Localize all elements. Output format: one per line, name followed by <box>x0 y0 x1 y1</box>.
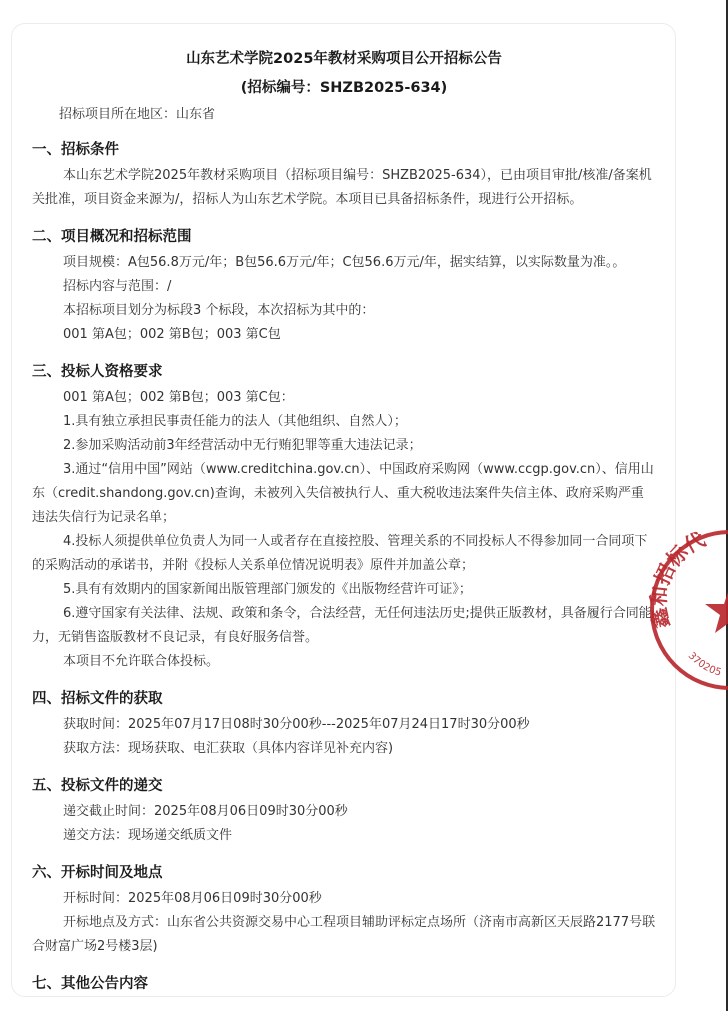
section-bidder-qualifications: 三、投标人资格要求 001 第A包；002 第B包；003 第C包： 1.具有独… <box>32 362 656 674</box>
section-paragraph: 本山东艺术学院2025年教材采购项目（招标项目编号：SHZB2025-634），… <box>32 164 656 212</box>
section-heading: 四、招标文件的获取 <box>32 689 656 709</box>
section-heading: 六、开标时间及地点 <box>32 863 656 883</box>
announcement-content: 山东艺术学院2025年教材采购项目公开招标公告 (招标编号：SHZB2025-6… <box>32 48 656 998</box>
project-scale-line: 项目规模：A包56.8万元/年；B包56.6万元/年；C包56.6万元/年，据实… <box>32 251 656 275</box>
seal-number-text: 370205 <box>686 650 723 678</box>
document-title: 山东艺术学院2025年教材采购项目公开招标公告 <box>32 49 656 69</box>
star-icon <box>705 586 728 633</box>
section-heading: 七、其他公告内容 <box>32 974 656 994</box>
obtain-method-line: 获取方法：现场获取、电汇获取（具体内容详见补充内容) <box>32 737 656 761</box>
section-other-content: 七、其他公告内容 <box>32 974 656 994</box>
document-subtitle: (招标编号：SHZB2025-634) <box>32 78 656 98</box>
section-heading: 三、投标人资格要求 <box>32 362 656 382</box>
opening-location-paragraph: 开标地点及方式：山东省公共资源交易中心工程项目辅助评标定点场所（济南市高新区天辰… <box>32 911 656 959</box>
section-heading: 二、项目概况和招标范围 <box>32 227 656 247</box>
obtain-time-line: 获取时间：2025年07月17日08时30分00秒---2025年07月24日1… <box>32 713 656 737</box>
lots-intro-line: 本招标项目划分为标段3 个标段，本次招标为其中的： <box>32 299 656 323</box>
qualification-item-6: 6.遵守国家有关法律、法规、政策和条令，合法经营，无任何违法历史;提供正版教材，… <box>32 602 656 650</box>
section-heading: 五、投标文件的递交 <box>32 776 656 796</box>
qualification-lots-line: 001 第A包；002 第B包；003 第C包： <box>32 386 656 410</box>
section-project-overview: 二、项目概况和招标范围 项目规模：A包56.8万元/年；B包56.6万元/年；C… <box>32 227 656 347</box>
opening-time-line: 开标时间：2025年08月06日09时30分00秒 <box>32 887 656 911</box>
qualification-item-2: 2.参加采购活动前3年经营活动中无行贿犯罪等重大违法记录； <box>32 434 656 458</box>
qualification-item-3: 3.通过“信用中国”网站（www.creditchina.gov.cn）、中国政… <box>32 458 656 530</box>
section-bid-opening: 六、开标时间及地点 开标时间：2025年08月06日09时30分00秒 开标地点… <box>32 863 656 959</box>
section-submission: 五、投标文件的递交 递交截止时间：2025年08月06日09时30分00秒 递交… <box>32 776 656 848</box>
section-obtain-documents: 四、招标文件的获取 获取时间：2025年07月17日08时30分00秒---20… <box>32 689 656 761</box>
section-heading: 一、招标条件 <box>32 140 656 160</box>
qualification-item-5: 5.具有有效期内的国家新闻出版管理部门颁发的《出版物经营许可证》； <box>32 578 656 602</box>
lots-list-line: 001 第A包；002 第B包；003 第C包 <box>32 323 656 347</box>
consortium-note: 本项目不允许联合体投标。 <box>32 650 656 674</box>
scope-line: 招标内容与范围：/ <box>32 275 656 299</box>
announcement-card: 山东艺术学院2025年教材采购项目公开招标公告 (招标编号：SHZB2025-6… <box>11 23 676 997</box>
submission-deadline-line: 递交截止时间：2025年08月06日09时30分00秒 <box>32 800 656 824</box>
section-bidding-conditions: 一、招标条件 本山东艺术学院2025年教材采购项目（招标项目编号：SHZB202… <box>32 140 656 212</box>
submission-method-line: 递交方法：现场递交纸质文件 <box>32 824 656 848</box>
region-line: 招标项目所在地区：山东省 <box>32 105 656 125</box>
qualification-item-1: 1.具有独立承担民事责任能力的法人（其他组织、自然人）； <box>32 410 656 434</box>
qualification-item-4: 4.投标人须提供单位负责人为同一人或者存在直接控股、管理关系的不同投标人不得参加… <box>32 530 656 578</box>
